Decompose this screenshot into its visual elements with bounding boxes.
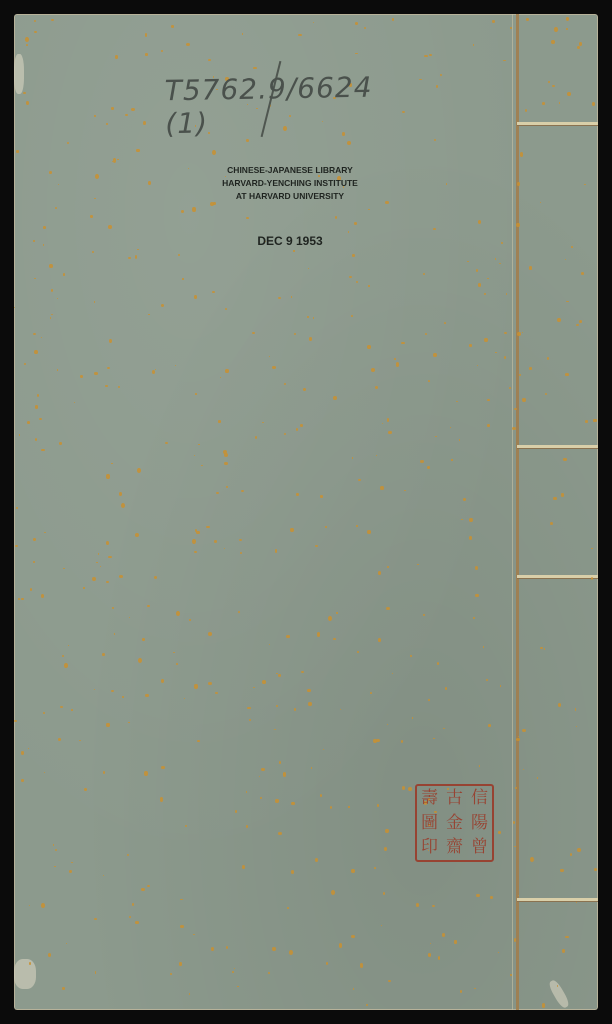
gold-fleck — [315, 545, 319, 547]
gold-fleck — [320, 794, 322, 797]
gold-fleck — [585, 420, 588, 423]
gold-fleck — [336, 612, 338, 613]
gold-fleck — [410, 655, 412, 657]
gold-fleck — [385, 829, 389, 833]
gold-fleck — [459, 439, 461, 441]
gold-fleck — [433, 738, 434, 739]
gold-fleck — [132, 903, 134, 905]
gold-fleck — [450, 427, 451, 429]
gold-fleck — [44, 532, 46, 534]
gold-fleck — [67, 142, 69, 144]
gold-fleck — [225, 308, 227, 310]
seal-glyph: 齋 — [442, 835, 467, 860]
gold-fleck — [62, 987, 65, 990]
gold-fleck — [384, 847, 387, 851]
gold-fleck — [388, 431, 392, 435]
gold-fleck — [469, 518, 473, 521]
gold-fleck — [478, 220, 481, 224]
gold-fleck — [279, 761, 281, 764]
gold-fleck — [394, 358, 396, 360]
gold-fleck — [278, 832, 281, 835]
gold-fleck — [351, 935, 355, 938]
gold-fleck — [340, 709, 341, 710]
gold-fleck — [529, 266, 533, 270]
gold-fleck — [109, 339, 112, 343]
gold-fleck — [352, 457, 353, 459]
gold-fleck — [34, 278, 36, 279]
gold-fleck — [364, 27, 366, 29]
gold-fleck — [261, 768, 265, 771]
gold-fleck — [557, 318, 561, 322]
gold-fleck — [490, 896, 493, 900]
gold-fleck — [94, 115, 95, 116]
gold-fleck — [374, 867, 376, 869]
gold-fleck — [216, 492, 219, 494]
gold-fleck — [446, 183, 447, 185]
gold-fleck — [255, 436, 257, 439]
gold-fleck — [186, 43, 190, 46]
gold-fleck — [530, 857, 534, 862]
gold-fleck — [510, 974, 512, 975]
gold-fleck — [95, 174, 99, 179]
gold-fleck — [128, 722, 129, 723]
seal-glyph: 古 — [442, 786, 467, 811]
gold-fleck — [512, 427, 516, 430]
gold-fleck — [375, 386, 378, 389]
gold-fleck — [33, 240, 35, 242]
red-seal-stamp: 壽 古 信 圖 金 陽 印 齋 曾 — [415, 784, 494, 862]
gold-fleck — [269, 356, 270, 357]
gold-fleck — [460, 990, 462, 993]
gold-fleck — [189, 619, 191, 620]
gold-fleck — [553, 497, 556, 500]
gold-fleck — [356, 281, 358, 283]
gold-fleck — [294, 333, 296, 335]
gold-fleck — [501, 242, 503, 244]
gold-fleck — [14, 307, 15, 308]
gold-fleck — [309, 337, 312, 341]
gold-fleck — [510, 27, 512, 28]
gold-fleck — [514, 408, 517, 410]
gold-fleck — [179, 962, 181, 965]
gold-fleck — [147, 885, 150, 888]
gold-fleck — [557, 985, 558, 986]
gold-fleck — [147, 605, 149, 607]
gold-fleck — [50, 317, 51, 318]
gold-fleck — [392, 673, 393, 674]
gold-fleck — [196, 531, 199, 534]
gold-fleck — [71, 862, 73, 863]
gold-fleck — [39, 418, 42, 420]
gold-fleck — [284, 383, 286, 385]
gold-fleck — [62, 655, 64, 657]
gold-fleck — [402, 786, 405, 790]
gold-fleck — [451, 459, 453, 460]
gold-fleck — [154, 576, 157, 579]
gold-fleck — [404, 490, 406, 492]
gold-fleck — [94, 372, 97, 375]
gold-fleck — [184, 698, 185, 699]
gold-fleck — [94, 918, 97, 920]
gold-fleck — [313, 317, 315, 319]
gold-fleck — [55, 207, 57, 209]
gold-fleck — [348, 806, 350, 807]
gold-fleck — [148, 314, 150, 316]
gold-fleck — [95, 971, 97, 973]
gold-fleck — [382, 423, 383, 424]
gold-fleck — [537, 777, 538, 778]
gold-fleck — [141, 888, 145, 892]
gold-fleck — [80, 375, 83, 378]
gold-fleck — [226, 946, 228, 949]
gold-fleck — [576, 902, 577, 903]
gold-fleck — [92, 577, 96, 581]
gold-fleck — [331, 890, 335, 895]
gold-fleck — [552, 85, 555, 88]
gold-fleck — [14, 720, 16, 722]
gold-fleck — [23, 92, 25, 94]
gold-fleck — [155, 369, 157, 371]
gold-fleck — [438, 956, 441, 959]
gold-fleck — [565, 259, 566, 260]
gold-fleck — [29, 905, 30, 907]
gold-fleck — [115, 55, 118, 59]
gold-fleck — [173, 652, 175, 653]
gold-fleck — [561, 493, 564, 496]
gold-fleck — [289, 950, 293, 955]
gold-fleck — [388, 980, 391, 983]
gold-fleck — [484, 338, 488, 343]
gold-fleck — [253, 687, 255, 688]
gold-fleck — [519, 374, 522, 377]
gold-fleck — [412, 717, 413, 719]
gold-fleck — [262, 680, 266, 684]
gold-fleck — [293, 250, 294, 251]
gold-fleck — [358, 479, 361, 481]
gold-fleck — [181, 210, 184, 213]
gold-fleck — [197, 740, 200, 742]
gold-fleck — [349, 276, 353, 278]
gold-fleck — [212, 291, 216, 294]
gold-fleck — [121, 503, 125, 508]
gold-fleck — [499, 263, 501, 264]
gold-fleck — [182, 278, 184, 279]
gold-fleck — [525, 109, 527, 112]
gold-fleck — [373, 739, 377, 742]
gold-fleck — [175, 365, 176, 366]
stamp-line-1: CHINESE-JAPANESE LIBRARY — [170, 164, 410, 177]
gold-fleck — [272, 947, 275, 951]
gold-fleck — [571, 246, 573, 248]
gold-fleck — [461, 519, 463, 520]
gold-fleck — [593, 419, 596, 421]
gold-fleck — [114, 633, 115, 635]
gold-fleck — [107, 367, 110, 369]
gold-fleck — [111, 107, 114, 109]
gold-fleck — [119, 575, 123, 578]
gold-fleck — [576, 324, 579, 326]
gold-fleck — [180, 899, 182, 901]
gold-fleck — [54, 866, 56, 868]
gold-fleck — [591, 577, 593, 580]
gold-fleck — [135, 921, 139, 924]
gold-fleck — [463, 498, 466, 501]
gold-fleck — [195, 529, 197, 532]
gold-fleck — [242, 33, 244, 36]
gold-fleck — [160, 797, 164, 802]
gold-fleck — [26, 44, 28, 46]
gold-fleck — [224, 462, 228, 465]
gold-fleck — [208, 682, 211, 685]
gold-fleck — [396, 362, 400, 367]
gold-fleck — [475, 566, 478, 570]
gold-fleck — [444, 322, 446, 324]
gold-fleck — [33, 333, 36, 335]
gold-fleck — [355, 53, 357, 55]
gold-fleck — [272, 366, 276, 369]
gold-fleck — [161, 50, 163, 52]
gold-fleck — [269, 644, 270, 645]
gold-fleck — [594, 868, 597, 871]
gold-fleck — [29, 962, 31, 964]
gold-fleck — [98, 553, 100, 555]
gold-fleck — [330, 806, 332, 809]
gold-fleck — [137, 468, 141, 473]
gold-fleck — [423, 273, 425, 275]
gold-fleck — [284, 433, 286, 435]
gold-fleck — [71, 709, 73, 711]
gold-fleck — [513, 821, 515, 824]
gold-fleck — [476, 894, 480, 897]
gold-fleck — [424, 55, 428, 57]
gold-fleck — [64, 663, 68, 668]
gold-fleck — [131, 108, 135, 111]
gold-fleck — [516, 738, 520, 741]
gold-fleck — [21, 598, 23, 600]
gold-fleck — [43, 244, 44, 246]
gold-fleck — [237, 986, 238, 988]
gold-fleck — [579, 42, 583, 46]
gold-fleck — [576, 726, 577, 727]
gold-fleck — [242, 865, 245, 869]
gold-fleck — [125, 114, 128, 116]
gold-fleck — [94, 301, 95, 303]
gold-fleck — [425, 333, 428, 335]
gold-fleck — [241, 490, 244, 492]
gold-fleck — [473, 617, 475, 620]
gold-fleck — [100, 566, 101, 567]
gold-fleck — [278, 297, 281, 299]
gold-fleck — [328, 616, 332, 621]
gold-fleck — [180, 925, 184, 928]
gold-fleck — [291, 296, 292, 297]
gold-fleck — [347, 141, 351, 145]
gold-fleck — [313, 22, 314, 23]
gold-fleck — [30, 588, 32, 591]
gold-fleck — [198, 444, 199, 446]
gold-fleck — [69, 870, 72, 873]
gold-fleck — [434, 139, 436, 141]
gold-fleck — [526, 18, 529, 21]
gold-fleck — [500, 685, 502, 687]
gold-fleck — [275, 799, 279, 802]
gold-fleck — [495, 352, 496, 353]
gold-fleck — [51, 19, 54, 21]
gold-fleck — [307, 689, 311, 692]
seal-glyph: 曾 — [467, 835, 492, 860]
gold-fleck — [376, 455, 377, 456]
gold-fleck — [63, 568, 65, 570]
gold-fleck — [566, 28, 567, 30]
gold-fleck — [55, 849, 58, 852]
gold-fleck — [111, 463, 113, 465]
gold-fleck — [16, 507, 18, 509]
gold-fleck — [26, 101, 29, 105]
gold-fleck — [33, 538, 36, 541]
gold-fleck — [145, 694, 149, 697]
gold-fleck — [83, 587, 84, 588]
gold-fleck — [48, 953, 51, 957]
gold-fleck — [117, 159, 118, 160]
gold-fleck — [371, 368, 375, 372]
gold-fleck — [220, 377, 221, 378]
gold-fleck — [96, 562, 97, 563]
gold-fleck — [509, 387, 511, 389]
gold-fleck — [94, 198, 96, 199]
gold-fleck — [185, 825, 187, 827]
gold-fleck — [63, 273, 66, 275]
gold-fleck — [192, 207, 196, 212]
gold-fleck — [275, 549, 277, 552]
gold-fleck — [540, 202, 541, 203]
gold-fleck — [194, 455, 195, 456]
gold-fleck — [326, 962, 328, 964]
gold-fleck — [224, 548, 225, 549]
gold-fleck — [135, 255, 138, 258]
gold-fleck — [41, 903, 45, 908]
gold-fleck — [57, 298, 58, 299]
gold-fleck — [563, 458, 566, 460]
gold-fleck — [433, 353, 436, 357]
gold-fleck — [544, 648, 546, 649]
gold-fleck — [566, 17, 569, 21]
gold-fleck — [136, 149, 139, 153]
gold-fleck — [498, 831, 501, 835]
gold-fleck — [479, 765, 480, 766]
gold-fleck — [348, 231, 350, 233]
gold-fleck — [18, 598, 20, 600]
gold-fleck — [339, 943, 342, 947]
gold-fleck — [416, 903, 420, 907]
gold-fleck — [44, 772, 45, 773]
binding-thread — [516, 14, 519, 1010]
stamp-line-3: AT HARVARD UNIVERSITY — [170, 190, 410, 203]
gold-fleck — [356, 525, 358, 526]
gold-fleck — [473, 44, 475, 46]
gold-fleck — [591, 548, 593, 550]
gold-fleck — [547, 357, 549, 360]
gold-fleck — [193, 934, 194, 935]
gold-fleck — [127, 854, 130, 857]
gold-fleck — [323, 749, 324, 750]
gold-fleck — [249, 719, 252, 721]
gold-fleck — [377, 804, 379, 806]
gold-fleck — [21, 779, 24, 783]
gold-fleck — [550, 522, 553, 525]
gold-fleck — [487, 424, 490, 427]
gold-fleck — [28, 748, 30, 749]
gold-fleck — [368, 285, 369, 286]
gold-fleck — [143, 121, 146, 125]
gold-fleck — [19, 434, 21, 436]
gold-fleck — [106, 474, 110, 478]
gold-fleck — [145, 53, 148, 56]
gold-fleck — [176, 611, 180, 616]
seal-glyph: 印 — [417, 835, 442, 860]
gold-fleck — [562, 949, 565, 952]
gold-fleck — [487, 278, 489, 280]
gold-fleck — [542, 1003, 546, 1007]
gold-fleck — [554, 27, 558, 32]
binding-stitch-2 — [517, 445, 598, 448]
gold-fleck — [161, 304, 164, 307]
gold-fleck — [443, 728, 445, 729]
gold-fleck — [367, 345, 370, 349]
gold-fleck — [291, 870, 294, 874]
gold-fleck — [333, 396, 337, 400]
gold-fleck — [247, 707, 250, 709]
gold-fleck — [429, 54, 432, 56]
gold-fleck — [259, 776, 260, 777]
gold-fleck — [287, 907, 289, 910]
gold-fleck — [325, 526, 327, 527]
gold-fleck — [94, 689, 95, 690]
gold-fleck — [579, 320, 583, 323]
gold-fleck — [137, 249, 139, 250]
gold-fleck — [559, 102, 561, 104]
stamp-line-2: HARVARD-YENCHING INSTITUTE — [170, 177, 410, 190]
gold-fleck — [59, 442, 62, 444]
gold-fleck — [51, 314, 53, 315]
gold-fleck — [211, 947, 214, 951]
edge-wear — [14, 54, 24, 94]
gold-fleck — [335, 216, 337, 219]
gold-fleck — [298, 34, 302, 37]
edge-wear — [547, 979, 571, 1010]
library-stamp: CHINESE-JAPANESE LIBRARY HARVARD-YENCHIN… — [170, 164, 410, 203]
gold-fleck — [252, 332, 255, 334]
gold-fleck — [206, 526, 209, 529]
gold-fleck — [317, 632, 321, 637]
seal-glyph: 圖 — [417, 811, 442, 836]
gold-fleck — [308, 268, 309, 270]
gold-fleck — [360, 963, 364, 968]
gold-fleck — [27, 421, 30, 424]
gold-fleck — [581, 272, 584, 275]
gold-fleck — [514, 938, 516, 941]
gold-fleck — [300, 424, 303, 427]
gold-fleck — [246, 791, 247, 793]
gold-fleck — [276, 705, 278, 708]
binding-stitch-3 — [517, 575, 598, 578]
gold-fleck — [303, 388, 306, 391]
gold-fleck — [475, 594, 479, 598]
gold-fleck — [142, 638, 145, 641]
gold-fleck — [235, 810, 238, 813]
gold-fleck — [484, 293, 486, 294]
gold-fleck — [106, 541, 109, 545]
gold-fleck — [240, 552, 243, 555]
